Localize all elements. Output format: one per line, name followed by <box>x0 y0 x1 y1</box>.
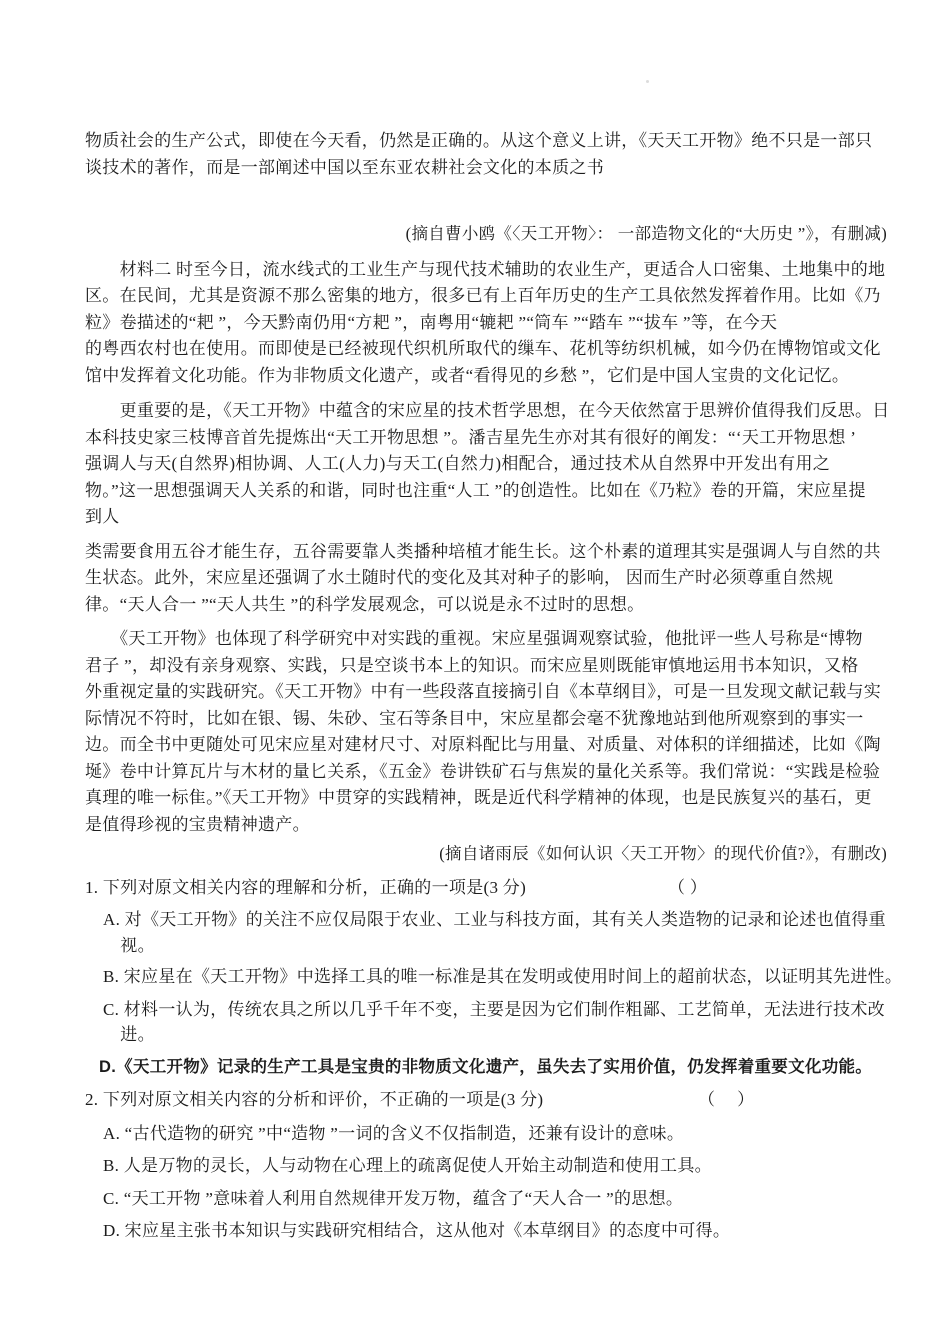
text-line: 区。在民间，尤其是资源不那么密集的地方，很多已有上百年历史的生产工具依然发挥着作… <box>85 283 887 310</box>
text-line: 真理的唯一标隹。”《天工开物》中贯穿的实践精神，既是近代科学精神的体现，也是民族… <box>85 785 887 812</box>
text-line: 埏》卷中计算瓦片与木材的量匕关系，《五金》卷讲铁矿石与焦炭的量化关系等。我们常说… <box>85 759 887 786</box>
material-2-paragraph-3: 类需要食用五谷才能生存，五谷需要靠人类播种培植才能生长。这个朴素的道理其实是强调… <box>85 539 887 619</box>
text-line: 物。”这一思想强调天人关系的和谐，同时也注重“人工 ”的创造性。比如在《乃粒》卷… <box>85 478 887 505</box>
text-line: B. 人是万物的灵长，人与动物在心理上的疏离促使人开始主动制造和使用工具。 <box>103 1153 887 1179</box>
answer-blank[interactable]: （ ） <box>668 875 707 902</box>
text-line: 材料二 时至今日，流水线式的工业生产与现代技术辅助的农业生产，更适合人口密集、土… <box>85 257 887 284</box>
question-2-option-b: B. 人是万物的灵长，人与动物在心理上的疏离促使人开始主动制造和使用工具。 <box>103 1153 887 1179</box>
text-line: A. “古代造物的研究 ”中“造物 ”一词的含义不仅指制造，还兼有设计的意味。 <box>103 1121 887 1147</box>
text-line: 外重视定量的实践研究。《天工开物》中有一些段落直接摘引自《本草纲目》，可是一旦发… <box>85 679 887 706</box>
question-1-option-d: D.《天工开物》记录的生产工具是宝贵的非物质文化遗产，虽失去了实用价值，仍发挥着… <box>99 1055 887 1081</box>
answer-blank[interactable]: （ ） <box>698 1087 754 1114</box>
text-line: 到人 <box>85 504 887 531</box>
text-line: B. 宋应星在《天工开物》中选择工具的唯一标准是其在发明或使用时间上的超前状态，… <box>103 964 887 990</box>
source-citation-1: (摘自曹小鸥《〈天工开物〉： 一部造物文化的“大历史 ”》，有删减) <box>85 221 887 248</box>
text-line: 是值得珍视的宝贵精神遗产。 <box>85 812 887 839</box>
text-line: 粒》卷描述的“耙 ”，今天黔南仍用“方耙 ”，南粤用“辘耙 ”“筒车 ”“踏车 … <box>85 310 887 337</box>
question-1-option-c: C. 材料一认为，传统农具之所以几乎千年不变，主要是因为它们制作粗鄙、工艺简单，… <box>103 997 887 1048</box>
question-2-option-a: A. “古代造物的研究 ”中“造物 ”一词的含义不仅指制造，还兼有设计的意味。 <box>103 1121 887 1147</box>
text-line: 律。“天人合一 ”“天人共生 ”的科学发展观念，可以说是永不过时的思想。 <box>85 592 887 619</box>
question-1-stem: 1. 下列对原文相关内容的理解和分析，正确的一项是(3 分)（ ） <box>85 875 887 902</box>
passage-paragraph-continuation: 物质社会的生产公式，即使在今天看，仍然是正确的。从这个意义上讲，《天天工开物》绝… <box>85 128 887 181</box>
source-citation-2: (摘自诸雨辰《如何认识〈天工开物〉的现代价值?》，有删改) <box>85 841 887 868</box>
text-line: 边。而全书中更随处可见宋应星对建材尺寸、对原料配比与用量、对质量、对体积的详细描… <box>85 732 887 759</box>
question-1-option-a: A. 对《天工开物》的关注不应仅局限于农业、工业与科技方面，其有关人类造物的记录… <box>103 907 887 958</box>
question-2-stem: 2. 下列对原文相关内容的分析和评价，不正确的一项是(3 分)（ ） <box>85 1087 887 1114</box>
text-line: 馆中发挥着文化功能。作为非物质文化遗产，或者“看得见的乡愁 ”，它们是中国人宝贵… <box>85 363 887 390</box>
document-body: 物质社会的生产公式，即使在今天看，仍然是正确的。从这个意义上讲，《天天工开物》绝… <box>85 0 887 1244</box>
stray-mark <box>646 80 649 83</box>
text-line: D.《天工开物》记录的生产工具是宝贵的非物质文化遗产，虽失去了实用价值，仍发挥着… <box>99 1055 887 1081</box>
material-2-paragraph-1: 材料二 时至今日，流水线式的工业生产与现代技术辅助的农业生产，更适合人口密集、土… <box>85 257 887 390</box>
text-line: 《天工开物》也体现了科学研究中对实践的重视。宋应星强调观察试验，他批评一些人号称… <box>85 626 887 653</box>
text-line: 君子 ”，却没有亲身观察、实践，只是空谈书本上的知识。而宋应星则既能审慎地运用书… <box>85 653 887 680</box>
text-line: C. 材料一认为，传统农具之所以几乎千年不变，主要是因为它们制作粗鄙、工艺简单，… <box>103 997 887 1023</box>
text-line: D. 宋应星主张书本知识与实践研究相结合，这从他对《本草纲目》的态度中可得。 <box>103 1218 887 1244</box>
text-line: 更重要的是，《天工开物》中蕴含的宋应星的技术哲学思想，在今天依然富于思辨价值得我… <box>85 398 887 425</box>
material-2-paragraph-4: 《天工开物》也体现了科学研究中对实践的重视。宋应星强调观察试验，他批评一些人号称… <box>85 626 887 838</box>
question-text: 2. 下列对原文相关内容的分析和评价，不正确的一项是(3 分) <box>85 1090 543 1109</box>
text-line: 类需要食用五谷才能生存，五谷需要靠人类播种培植才能生长。这个朴素的道理其实是强调… <box>85 539 887 566</box>
text-line: (摘自曹小鸥《〈天工开物〉： 一部造物文化的“大历史 ”》，有删减) <box>85 221 887 248</box>
text-line: 的粤西农村也在使用。而即使是已经被现代织机所取代的缫车、花机等纺织机械，如今仍在… <box>85 336 887 363</box>
text-line: 际情况不符时，比如在银、锡、朱砂、宝石等条目中，宋应星都会毫不犹豫地站到他所观察… <box>85 706 887 733</box>
question-2-option-c: C. “天工开物 ”意味着人利用自然规律开发万物，蕴含了“天人合一 ”的思想。 <box>103 1186 887 1212</box>
text-line: 谈技术的著作，而是一部阐述中国以至东亚农耕社会文化的本质之书 <box>85 155 887 182</box>
text-line: 生状态。此外，宋应星还强调了水土随时代的变化及其对种子的影响， 因而生产时必须尊… <box>85 565 887 592</box>
material-2-paragraph-2: 更重要的是，《天工开物》中蕴含的宋应星的技术哲学思想，在今天依然富于思辨价值得我… <box>85 398 887 531</box>
text-line: A. 对《天工开物》的关注不应仅局限于农业、工业与科技方面，其有关人类造物的记录… <box>103 907 887 933</box>
text-line: (摘自诸雨辰《如何认识〈天工开物〉的现代价值?》，有删改) <box>85 841 887 868</box>
text-line: 强调人与天(自然界)相协调、人工(人力)与天工(自然力)相配合，通过技术从自然界… <box>85 451 887 478</box>
text-line: 物质社会的生产公式，即使在今天看，仍然是正确的。从这个意义上讲，《天天工开物》绝… <box>85 128 887 155</box>
question-1-option-b: B. 宋应星在《天工开物》中选择工具的唯一标准是其在发明或使用时间上的超前状态，… <box>103 964 887 990</box>
text-line: 本科技史家三枝博音首先提炼出“天工开物思想 ”。潘吉星先生亦对其有很好的阐发：“… <box>85 425 887 452</box>
text-line: 进。 <box>103 1022 887 1048</box>
text-line: 视。 <box>103 933 887 959</box>
question-text: 1. 下列对原文相关内容的理解和分析，正确的一项是(3 分) <box>85 878 526 897</box>
question-2-option-d: D. 宋应星主张书本知识与实践研究相结合，这从他对《本草纲目》的态度中可得。 <box>103 1218 887 1244</box>
text-line: C. “天工开物 ”意味着人利用自然规律开发万物，蕴含了“天人合一 ”的思想。 <box>103 1186 887 1212</box>
